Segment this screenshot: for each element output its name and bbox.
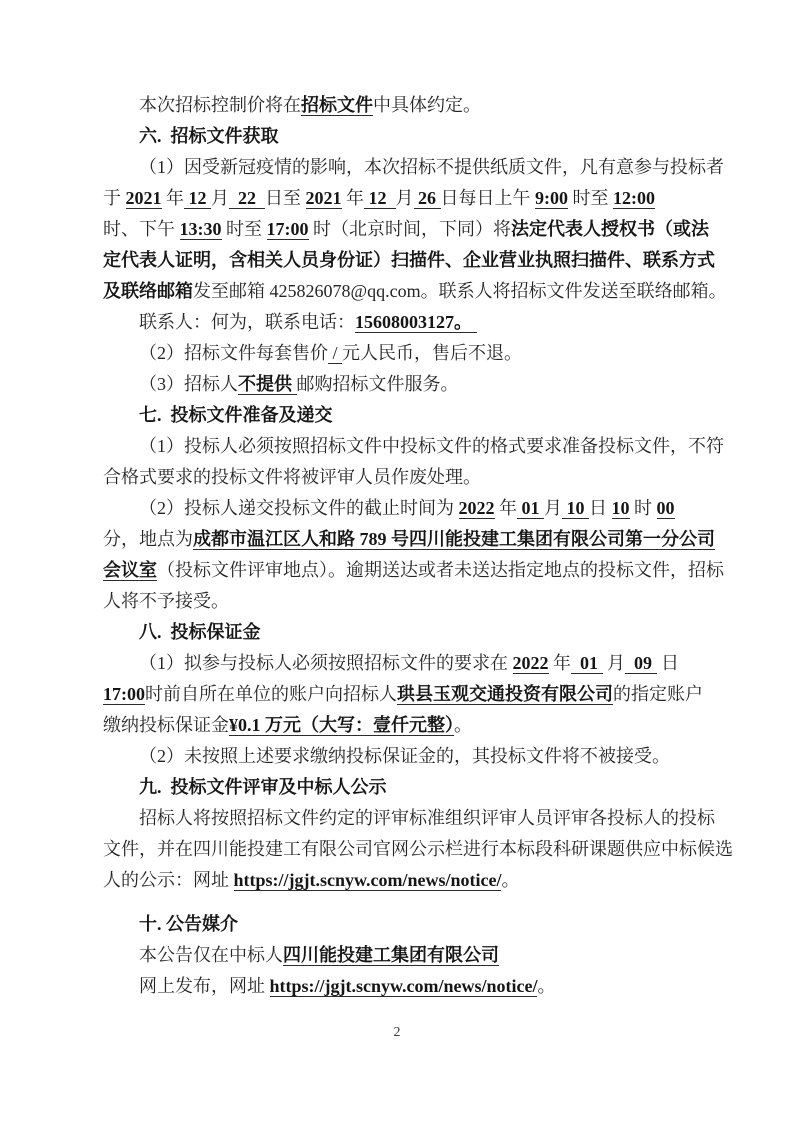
text-run: 人的公示：网址 bbox=[103, 870, 234, 890]
text-run: 定代表人证明，含相关人员身份证）扫描件、企业营业执照扫描件、联系方式 bbox=[103, 250, 715, 270]
filled-value: 9:00 bbox=[535, 188, 568, 209]
filled-value: 17:00 bbox=[267, 219, 309, 240]
text-run: 年 bbox=[342, 188, 365, 208]
text-line: （1）拟参与投标人必须按照招标文件的要求在 2022 年 01 月 09 日 bbox=[103, 648, 703, 679]
text-run: 。 bbox=[454, 715, 472, 735]
text-run: （2）投标人递交投标文件的截止时间为 bbox=[139, 498, 459, 518]
text-run: 年 bbox=[495, 498, 518, 518]
filled-value: 13:30 bbox=[180, 219, 222, 240]
filled-value: 12:00 bbox=[613, 188, 655, 209]
text-run: 日 bbox=[657, 653, 680, 673]
text-run: 七. 投标文件准备及递交 bbox=[139, 405, 333, 425]
text-line: 人将不予接受。 bbox=[103, 586, 703, 617]
text-run: 中具体约定。 bbox=[373, 95, 481, 115]
filled-value: 10 bbox=[562, 498, 589, 519]
text-line: 分，地点为成都市温江区人和路 789 号四川能投建工集团有限公司第一分公司 bbox=[103, 524, 703, 555]
text-run: 网上发布，网址 bbox=[139, 976, 270, 996]
text-run: （1）拟参与投标人必须按照招标文件的要求在 bbox=[139, 653, 513, 673]
section-heading: 八. 投标保证金 bbox=[103, 617, 703, 648]
filled-value: 09 bbox=[625, 653, 657, 674]
text-run: 联系人：何为，联系电话： bbox=[139, 312, 355, 332]
section-heading: 九. 投标文件评审及中标人公示 bbox=[103, 772, 703, 803]
filled-value: 不提供 bbox=[238, 374, 297, 395]
filled-value: 成都市温江区人和路 789 号四川能投建工集团有限公司第一分公司 bbox=[193, 529, 715, 550]
filled-value: ¥0.1 万元（大写：壹仟元整） bbox=[229, 715, 454, 736]
text-run: 时 bbox=[630, 498, 657, 518]
text-run: 九. 投标文件评审及中标人公示 bbox=[139, 777, 387, 797]
text-run: 法定代表人授权书（或法 bbox=[511, 219, 709, 239]
filled-value: 01 bbox=[571, 653, 603, 674]
text-line: 定代表人证明，含相关人员身份证）扫描件、企业营业执照扫描件、联系方式 bbox=[103, 245, 703, 276]
filled-value: 四川能投建工集团有限公司 bbox=[283, 945, 499, 966]
document-body: 本次招标控制价将在招标文件中具体约定。六. 招标文件获取（1）因受新冠疫情的影响… bbox=[103, 90, 703, 1002]
filled-value: 2021 bbox=[306, 188, 342, 209]
filled-value: 会议室 bbox=[103, 560, 157, 581]
filled-value: 10 bbox=[612, 498, 630, 519]
filled-value: https://jgjt.scnyw.com/news/notice/ bbox=[234, 870, 502, 891]
text-line: 17:00时前自所在单位的账户向招标人珙县玉观交通投资有限公司的指定账户 bbox=[103, 679, 703, 710]
text-run: 日 bbox=[589, 498, 612, 518]
text-run: 。 bbox=[537, 976, 555, 996]
text-run: 年 bbox=[549, 653, 572, 673]
text-run: 时至 bbox=[222, 219, 267, 239]
text-run: 人将不予接受。 bbox=[103, 591, 229, 611]
text-line: （2）投标人递交投标文件的截止时间为 2022 年 01 月 10 日 10 时… bbox=[103, 493, 703, 524]
filled-value: / bbox=[328, 343, 342, 364]
text-run: 招标人将按照招标文件约定的评审标准组织评审人员评审各投标人的投标 bbox=[139, 808, 715, 828]
filled-value: 12 bbox=[184, 188, 211, 209]
text-run: 本次招标控制价将在 bbox=[139, 95, 301, 115]
text-line: （1）因受新冠疫情的影响，本次招标不提供纸质文件，凡有意参与投标者 bbox=[103, 152, 703, 183]
text-run: 本公告仅在中标人 bbox=[139, 945, 283, 965]
filled-value: 15608003127。 bbox=[355, 312, 477, 333]
text-run: 及联络邮箱 bbox=[103, 281, 193, 301]
text-run: 元人民币，售后不退。 bbox=[342, 343, 522, 363]
text-line: 时、下午 13:30 时至 17:00 时（北京时间，下同）将法定代表人授权书（… bbox=[103, 214, 703, 245]
text-run: 时（北京时间，下同）将 bbox=[309, 219, 512, 239]
text-line: 文件，并在四川能投建工有限公司官网公示栏进行本标段科研课题供应中标候选 bbox=[103, 834, 703, 865]
filled-value: 00 bbox=[657, 498, 675, 519]
text-line: （1）投标人必须按照招标文件中投标文件的格式要求准备投标文件，不符 bbox=[103, 431, 703, 462]
text-run: 的指定账户 bbox=[613, 684, 703, 704]
text-line: 人的公示：网址 https://jgjt.scnyw.com/news/noti… bbox=[103, 865, 703, 896]
text-run: 日至 bbox=[265, 188, 306, 208]
text-line: （2）未按照上述要求缴纳投标保证金的，其投标文件将不被接受。 bbox=[103, 741, 703, 772]
text-run: （2）未按照上述要求缴纳投标保证金的，其投标文件将不被接受。 bbox=[139, 746, 670, 766]
text-run: 时前自所在单位的账户向招标人 bbox=[145, 684, 397, 704]
page-number: 2 bbox=[0, 1025, 794, 1041]
text-line: （3）招标人不提供 邮购招标文件服务。 bbox=[103, 369, 703, 400]
text-run: 分，地点为 bbox=[103, 529, 193, 549]
filled-value: 01 bbox=[517, 498, 544, 519]
text-run: 缴纳投标保证金 bbox=[103, 715, 229, 735]
text-run: （投标文件评审地点）。逾期送达或者未送达指定地点的投标文件，招标 bbox=[157, 560, 724, 580]
text-line: 招标人将按照招标文件约定的评审标准组织评审人员评审各投标人的投标 bbox=[103, 803, 703, 834]
text-run: 时、下午 bbox=[103, 219, 180, 239]
text-run: 合格式要求的投标文件将被评审人员作废处理。 bbox=[103, 467, 481, 487]
text-run: 于 bbox=[103, 188, 126, 208]
section-heading: 六. 招标文件获取 bbox=[103, 121, 703, 152]
text-run: 。 bbox=[501, 870, 519, 890]
filled-value: 2022 bbox=[459, 498, 495, 519]
text-run: 月 bbox=[211, 188, 229, 208]
text-line: 本公告仅在中标人四川能投建工集团有限公司 bbox=[103, 940, 703, 971]
text-run: （1）因受新冠疫情的影响，本次招标不提供纸质文件，凡有意参与投标者 bbox=[139, 157, 724, 177]
text-run: 月 bbox=[544, 498, 562, 518]
filled-value: 珙县玉观交通投资有限公司 bbox=[397, 684, 613, 705]
filled-value: 12 bbox=[364, 188, 396, 209]
text-line: 网上发布，网址 https://jgjt.scnyw.com/news/noti… bbox=[103, 971, 703, 1002]
text-run: 文件，并在四川能投建工有限公司官网公示栏进行本标段科研课题供应中标候选 bbox=[103, 839, 733, 859]
text-run: 日每日上午 bbox=[441, 188, 536, 208]
filled-value: 2021 bbox=[126, 188, 162, 209]
section-heading: 七. 投标文件准备及递交 bbox=[103, 400, 703, 431]
filled-value: 招标文件 bbox=[301, 95, 373, 116]
text-line: 合格式要求的投标文件将被评审人员作废处理。 bbox=[103, 462, 703, 493]
text-line: 及联络邮箱发至邮箱 425826078@qq.com。联系人将招标文件发送至联络… bbox=[103, 276, 703, 307]
text-run: 月 bbox=[603, 653, 626, 673]
text-run: 十. 公告媒介 bbox=[139, 914, 238, 934]
text-line: 于 2021 年 12 月 22 日至 2021 年 12 月 26 日每日上午… bbox=[103, 183, 703, 214]
filled-value: https://jgjt.scnyw.com/news/notice/ bbox=[270, 976, 538, 997]
text-run: 时至 bbox=[568, 188, 613, 208]
filled-value: 22 bbox=[229, 188, 265, 209]
text-run: 六. 招标文件获取 bbox=[139, 126, 279, 146]
text-run: （2）招标文件每套售价 bbox=[139, 343, 328, 363]
text-run: （3）招标人 bbox=[139, 374, 238, 394]
filled-value: 17:00 bbox=[103, 684, 145, 705]
text-line: 联系人：何为，联系电话：15608003127。 bbox=[103, 307, 703, 338]
text-line: 本次招标控制价将在招标文件中具体约定。 bbox=[103, 90, 703, 121]
filled-value: 26 bbox=[414, 188, 441, 209]
section-heading: 十. 公告媒介 bbox=[103, 909, 703, 940]
text-run: 八. 投标保证金 bbox=[139, 622, 261, 642]
text-run: 邮购招标文件服务。 bbox=[297, 374, 459, 394]
text-line: 缴纳投标保证金¥0.1 万元（大写：壹仟元整）。 bbox=[103, 710, 703, 741]
text-line: 会议室（投标文件评审地点）。逾期送达或者未送达指定地点的投标文件，招标 bbox=[103, 555, 703, 586]
filled-value: 2022 bbox=[513, 653, 549, 674]
text-line: （2）招标文件每套售价 / 元人民币，售后不退。 bbox=[103, 338, 703, 369]
text-run: 年 bbox=[162, 188, 185, 208]
text-run: 发至邮箱 425826078@qq.com。联系人将招标文件发送至联络邮箱。 bbox=[193, 281, 727, 301]
text-run: （1）投标人必须按照招标文件中投标文件的格式要求准备投标文件，不符 bbox=[139, 436, 724, 456]
document-page: 本次招标控制价将在招标文件中具体约定。六. 招标文件获取（1）因受新冠疫情的影响… bbox=[0, 0, 794, 1122]
text-run: 月 bbox=[396, 188, 414, 208]
